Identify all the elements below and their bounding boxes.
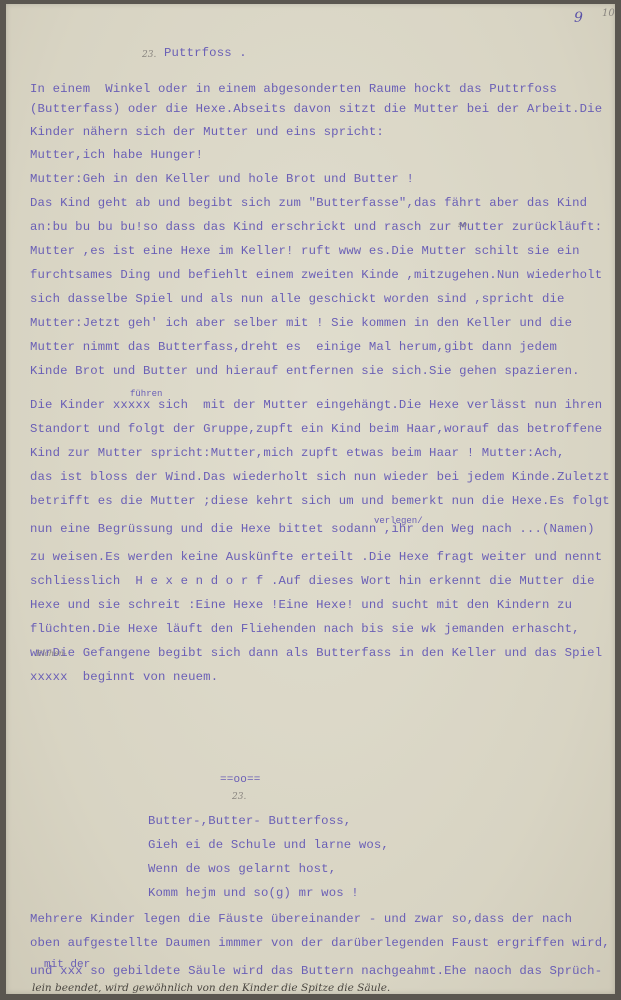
text-line: wwrDie Gefangene begibt sich dann als Bu…: [30, 646, 602, 660]
page-number-ink: 9: [574, 10, 583, 26]
text-line: oben aufgestellte Daumen immmer von der …: [30, 936, 610, 950]
text-line: an:bu bu bu bu!so dass das Kind erschric…: [30, 220, 602, 234]
handwritten-footer-note: lein beendet, wird gewöhnlich von den Ki…: [32, 982, 390, 994]
text-line: zu weisen.Es werden keine Auskünfte erte…: [30, 550, 602, 564]
text-line: nun eine Begrüssung und die Hexe bittet …: [30, 522, 595, 536]
page-number-pencil: 10: [602, 8, 615, 19]
text-line: Mutter,ich habe Hunger!: [30, 148, 203, 162]
text-line: flüchten.Die Hexe läuft den Fliehenden n…: [30, 622, 580, 636]
text-line: betrifft es die Mutter ;diese kehrt sich…: [30, 494, 610, 508]
separator: ==oo==: [220, 774, 261, 786]
text-line: Mutter nimmt das Butterfass,dreht es ein…: [30, 340, 557, 354]
text-line: In einem Winkel oder in einem abgesonder…: [30, 82, 557, 96]
text-line: Mutter:Geh in den Keller und hole Brot u…: [30, 172, 414, 186]
text-line: Das Kind geht ab und begibt sich zum "Bu…: [30, 196, 587, 210]
text-line: Mehrere Kinder legen die Fäuste übereina…: [30, 912, 572, 926]
verse-line: Komm hejm und so(g) mr wos !: [148, 886, 359, 900]
text-line: schliesslich H e x e n d o r f .Auf dies…: [30, 574, 595, 588]
text-line: Die Kinder xxxxx sich mit der Mutter ein…: [30, 398, 602, 412]
verse-number: 23.: [232, 792, 246, 802]
text-line: Kinde Brot und Butter und hierauf entfer…: [30, 364, 580, 378]
text-line: Kinder nähern sich der Mutter und eins s…: [30, 125, 384, 139]
text-line: sich dasselbe Spiel und als nun alle ges…: [30, 292, 565, 306]
text-line: furchtsames Ding und befiehlt einem zwei…: [30, 268, 602, 282]
text-line: Mutter ,es ist eine Hexe im Keller! ruft…: [30, 244, 580, 258]
title-text: Puttrfoss .: [164, 46, 247, 60]
correction-verlegen: verlegen/: [374, 516, 423, 526]
text-line: xxxxx beginnt von neuem.: [30, 670, 218, 684]
text-line: Kind zur Mutter spricht:Mutter,mich zupf…: [30, 446, 565, 460]
text-line: Hexe und sie schreit :Eine Hexe !Eine He…: [30, 598, 572, 612]
verse-line: Wenn de wos gelarnt host,: [148, 862, 336, 876]
correction-fuhren: führen: [130, 389, 162, 399]
text-line: Standort und folgt der Gruppe,zupft ein …: [30, 422, 602, 436]
correction-eichen: Eichen-: [36, 649, 67, 658]
text-line: und xxx so gebildete Säule wird das Butt…: [30, 964, 602, 978]
document-page: 9 10 23. Puttrfoss . In einem Winkel ode…: [6, 4, 615, 994]
text-line: Mutter:Jetzt geh' ich aber selber mit ! …: [30, 316, 572, 330]
correction-mit-der: mit der: [44, 959, 90, 971]
title-number: 23.: [142, 50, 156, 60]
verse-line: Butter-,Butter- Butterfoss,: [148, 814, 351, 828]
text-line: das ist bloss der Wind.Das wiederholt si…: [30, 470, 610, 484]
verse-line: Gieh ei de Schule und larne wos,: [148, 838, 389, 852]
text-line: (Butterfass) oder die Hexe.Abseits davon…: [30, 102, 602, 116]
correction-so: so: [458, 220, 467, 229]
